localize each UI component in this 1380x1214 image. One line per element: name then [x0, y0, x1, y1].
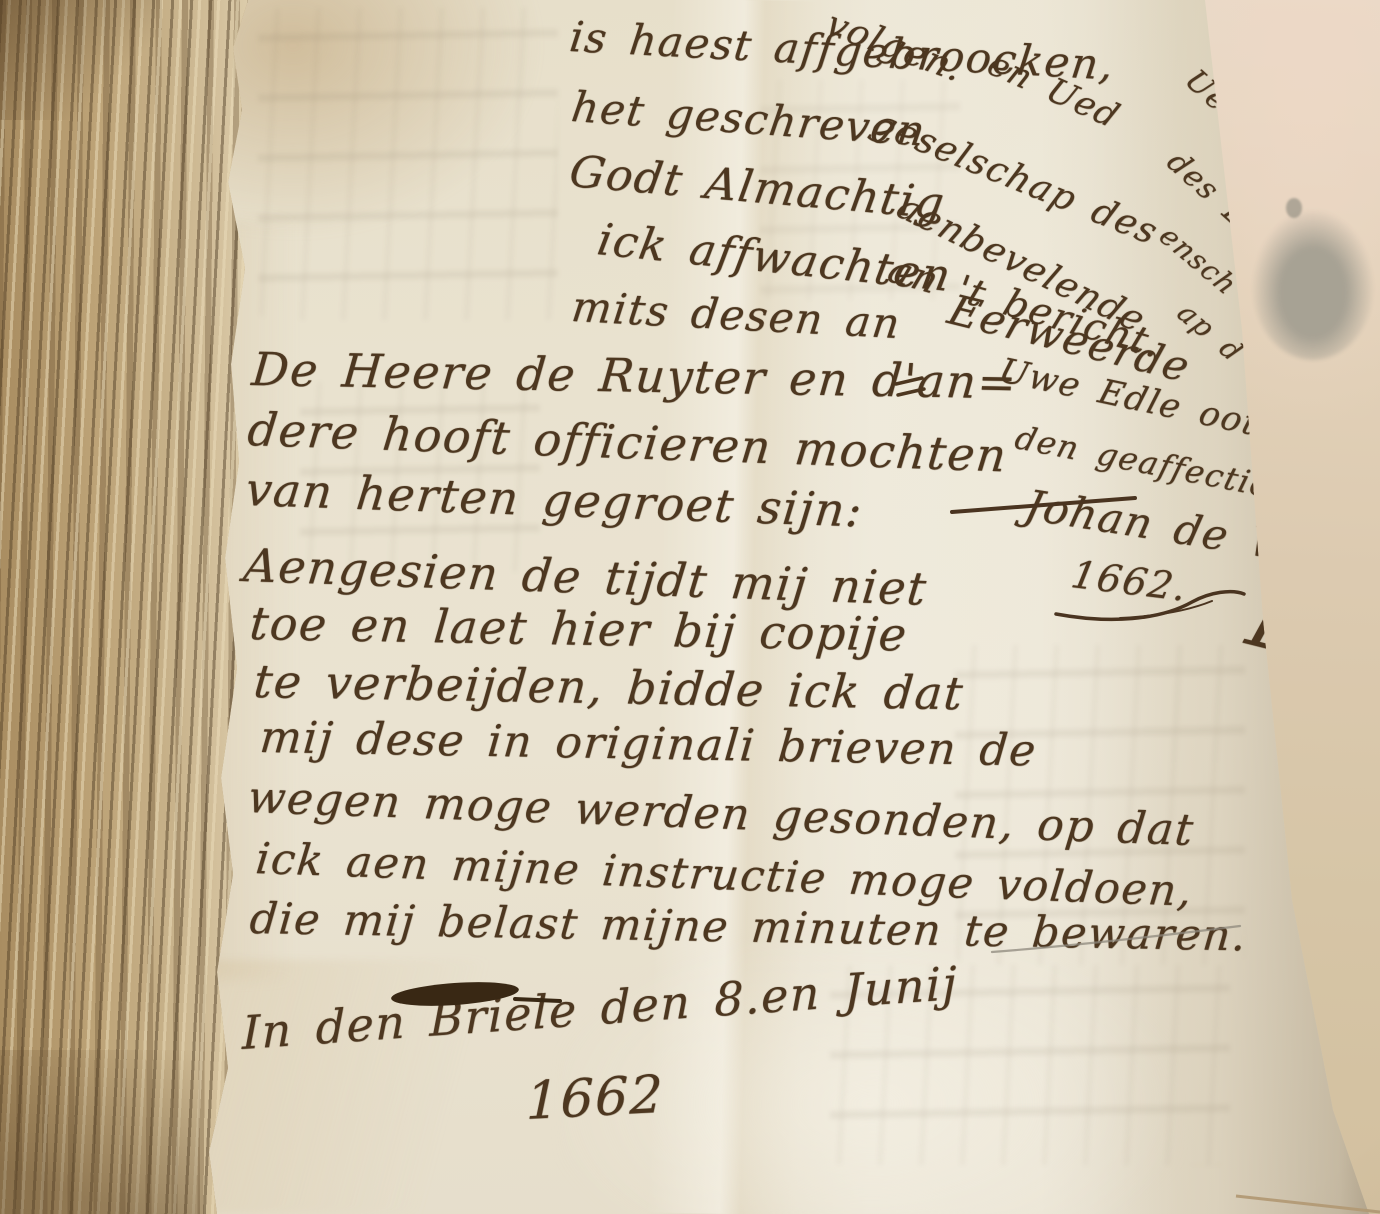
- ink-blot-tail: [515, 999, 560, 1001]
- book-fore-edge: [0, 0, 254, 1214]
- pencil-underline: [992, 926, 1240, 952]
- ink-blot: [390, 979, 519, 1010]
- signature-flourish-2: [1120, 601, 1212, 618]
- signature-strike: [952, 498, 1135, 512]
- fore-edge-shadow-bottom: [0, 1050, 200, 1214]
- hyphen-mark: [896, 378, 924, 395]
- manuscript-photo: volgen. is haest affgebroocken, en Ued h…: [0, 0, 1380, 1214]
- fore-edge-shadow-top: [0, 0, 160, 120]
- page-bottom-edge: [1236, 1196, 1380, 1212]
